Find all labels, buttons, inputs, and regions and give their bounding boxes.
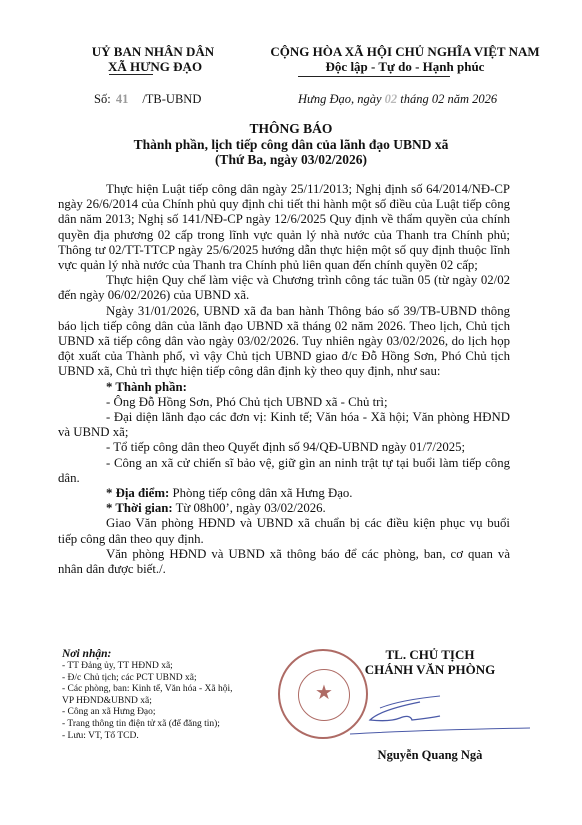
recipients-heading: Nơi nhận: <box>62 648 292 661</box>
document-number: Số: 41/TB-UBND <box>94 92 201 107</box>
paragraph-assignment: Giao Văn phòng HĐND và UBND xã chuẩn bị … <box>58 516 510 546</box>
nation-line-1: CỘNG HÒA XÃ HỘI CHỦ NGHĨA VIỆT NAM <box>235 44 575 59</box>
recipients-block: Nơi nhận: - TT Đảng ủy, TT HĐND xã; - Đ/… <box>62 648 292 742</box>
title-line-1: THÔNG BÁO <box>0 121 582 137</box>
handwritten-signature-icon <box>340 690 540 740</box>
location-label: * Địa điểm: <box>106 486 169 500</box>
recipient-item: VP HĐND&UBND xã; <box>62 696 292 708</box>
recipient-item: - Các phòng, ban: Kinh tế, Văn hóa - Xã … <box>62 684 292 696</box>
signer-name: Nguyễn Quang Ngà <box>330 748 530 763</box>
location-line: * Địa điểm: Phòng tiếp công dân xã Hưng … <box>58 486 510 501</box>
signature-line-1: TL. CHỦ TỊCH <box>330 647 530 662</box>
motto-underline <box>298 76 450 77</box>
authority-underline <box>109 74 153 75</box>
recipient-item: - Trang thông tin điện tử xã (để đăng ti… <box>62 719 292 731</box>
time-line: * Thời gian: Từ 08h00’, ngày 03/02/2026. <box>58 501 510 516</box>
signature-title: TL. CHỦ TỊCH CHÁNH VĂN PHÒNG <box>330 647 530 677</box>
location-value: Phòng tiếp công dân xã Hưng Đạo. <box>172 486 352 500</box>
authority-line-1: UỶ BAN NHÂN DÂN <box>68 44 238 59</box>
paragraph-work-program: Thực hiện Quy chế làm việc và Chương trì… <box>58 273 510 303</box>
title-line-3: (Thứ Ba, ngày 03/02/2026) <box>0 152 582 168</box>
document-title: THÔNG BÁO Thành phần, lịch tiếp công dân… <box>0 121 582 168</box>
recipient-item: - TT Đảng ủy, TT HĐND xã; <box>62 661 292 673</box>
number-value: 41 <box>116 92 129 106</box>
composition-item: - Ông Đỗ Hồng Sơn, Phó Chủ tịch UBND xã … <box>58 395 510 410</box>
signature-line-2: CHÁNH VĂN PHÒNG <box>330 662 530 677</box>
date-suffix: tháng 02 năm 2026 <box>400 92 497 106</box>
place-date: Hưng Đạo, ngày 02 tháng 02 năm 2026 <box>298 92 497 107</box>
recipient-item: - Công an xã Hưng Đạo; <box>62 707 292 719</box>
document-body: Thực hiện Luật tiếp công dân ngày 25/11/… <box>58 182 510 577</box>
number-prefix: Số: <box>94 92 111 106</box>
recipient-item: - Lưu: VT, Tổ TCD. <box>62 731 292 743</box>
national-title: CỘNG HÒA XÃ HỘI CHỦ NGHĨA VIỆT NAM Độc l… <box>235 44 575 74</box>
paragraph-legal-basis: Thực hiện Luật tiếp công dân ngày 25/11/… <box>58 182 510 273</box>
authority-line-2: XÃ HƯNG ĐẠO <box>68 59 238 74</box>
composition-item: - Đại diện lãnh đạo các đơn vị: Kinh tế;… <box>58 410 510 440</box>
nation-line-2: Độc lập - Tự do - Hạnh phúc <box>235 59 575 74</box>
issuing-authority: UỶ BAN NHÂN DÂN XÃ HƯNG ĐẠO <box>68 44 238 74</box>
recipient-item: - Đ/c Chủ tịch; các PCT UBND xã; <box>62 673 292 685</box>
composition-item: - Tổ tiếp công dân theo Quyết định số 94… <box>58 440 510 455</box>
date-prefix: Hưng Đạo, ngày <box>298 92 382 106</box>
paragraph-schedule: Ngày 31/01/2026, UBND xã đa ban hành Thô… <box>58 304 510 380</box>
time-value: Từ 08h00’, ngày 03/02/2026. <box>176 501 326 515</box>
date-day: 02 <box>385 92 398 106</box>
time-label: * Thời gian: <box>106 501 173 515</box>
number-suffix: /TB-UBND <box>142 92 201 106</box>
paragraph-closing: Văn phòng HĐND và UBND xã thông báo để c… <box>58 547 510 577</box>
composition-item: - Công an xã cử chiến sĩ bảo vệ, giữ gìn… <box>58 456 510 486</box>
composition-label: * Thành phần: <box>58 380 510 395</box>
title-line-2: Thành phần, lịch tiếp công dân của lãnh … <box>0 137 582 153</box>
